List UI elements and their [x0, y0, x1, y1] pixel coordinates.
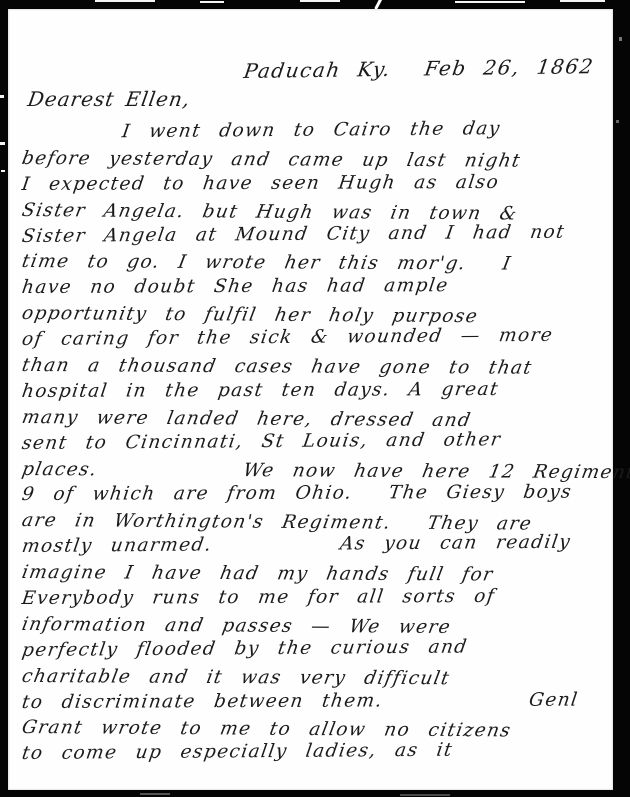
letter-line: I expected to have seen Hugh as also — [20, 169, 615, 197]
scan-speck — [300, 0, 340, 2]
letter-line: perfectly flooded by the curious and — [20, 633, 616, 664]
letter-page: Paducah Ky. Feb 26, 1862 Dearest Ellen, … — [8, 9, 613, 790]
letter-line: Sister Angela at Mound City and I had no… — [20, 219, 616, 250]
scanned-letter: Paducah Ky. Feb 26, 1862 Dearest Ellen, … — [0, 0, 630, 797]
letter-line: 9 of which are from Ohio. The Giesy boys — [20, 480, 615, 508]
scan-speck — [95, 0, 155, 2]
scan-speck — [455, 1, 525, 3]
scan-speck — [616, 120, 619, 123]
scan-speck — [400, 794, 450, 796]
letter-line: I went down to Cairo the day — [20, 115, 616, 146]
letter-body: I went down to Cairo the daybefore yeste… — [22, 120, 613, 767]
letter-line: to discriminate between them. Genl — [20, 687, 615, 715]
scan-speck — [619, 37, 622, 41]
letter-line: mostly unarmed. As you can readily — [20, 530, 616, 561]
scan-speck — [560, 0, 605, 2]
letter-dateline: Paducah Ky. Feb 26, 1862 — [242, 54, 615, 83]
scan-speck — [0, 95, 4, 98]
scan-speck — [140, 793, 170, 795]
letter-line: Everybody runs to me for all sorts of — [20, 583, 615, 611]
letter-line: sent to Cincinnati, St Louis, and other — [20, 426, 616, 457]
scan-speck — [1, 170, 5, 172]
letter-line: hospital in the past ten days. A great — [20, 376, 615, 404]
letter-line: have no doubt She has had ample — [20, 273, 615, 301]
letter-salutation: Dearest Ellen, — [26, 87, 615, 111]
letter-line: to come up especially ladies, as it — [20, 737, 616, 768]
letter-line: of caring for the sick & wounded — more — [20, 322, 616, 353]
scan-speck — [200, 1, 224, 3]
scan-speck — [0, 142, 5, 145]
